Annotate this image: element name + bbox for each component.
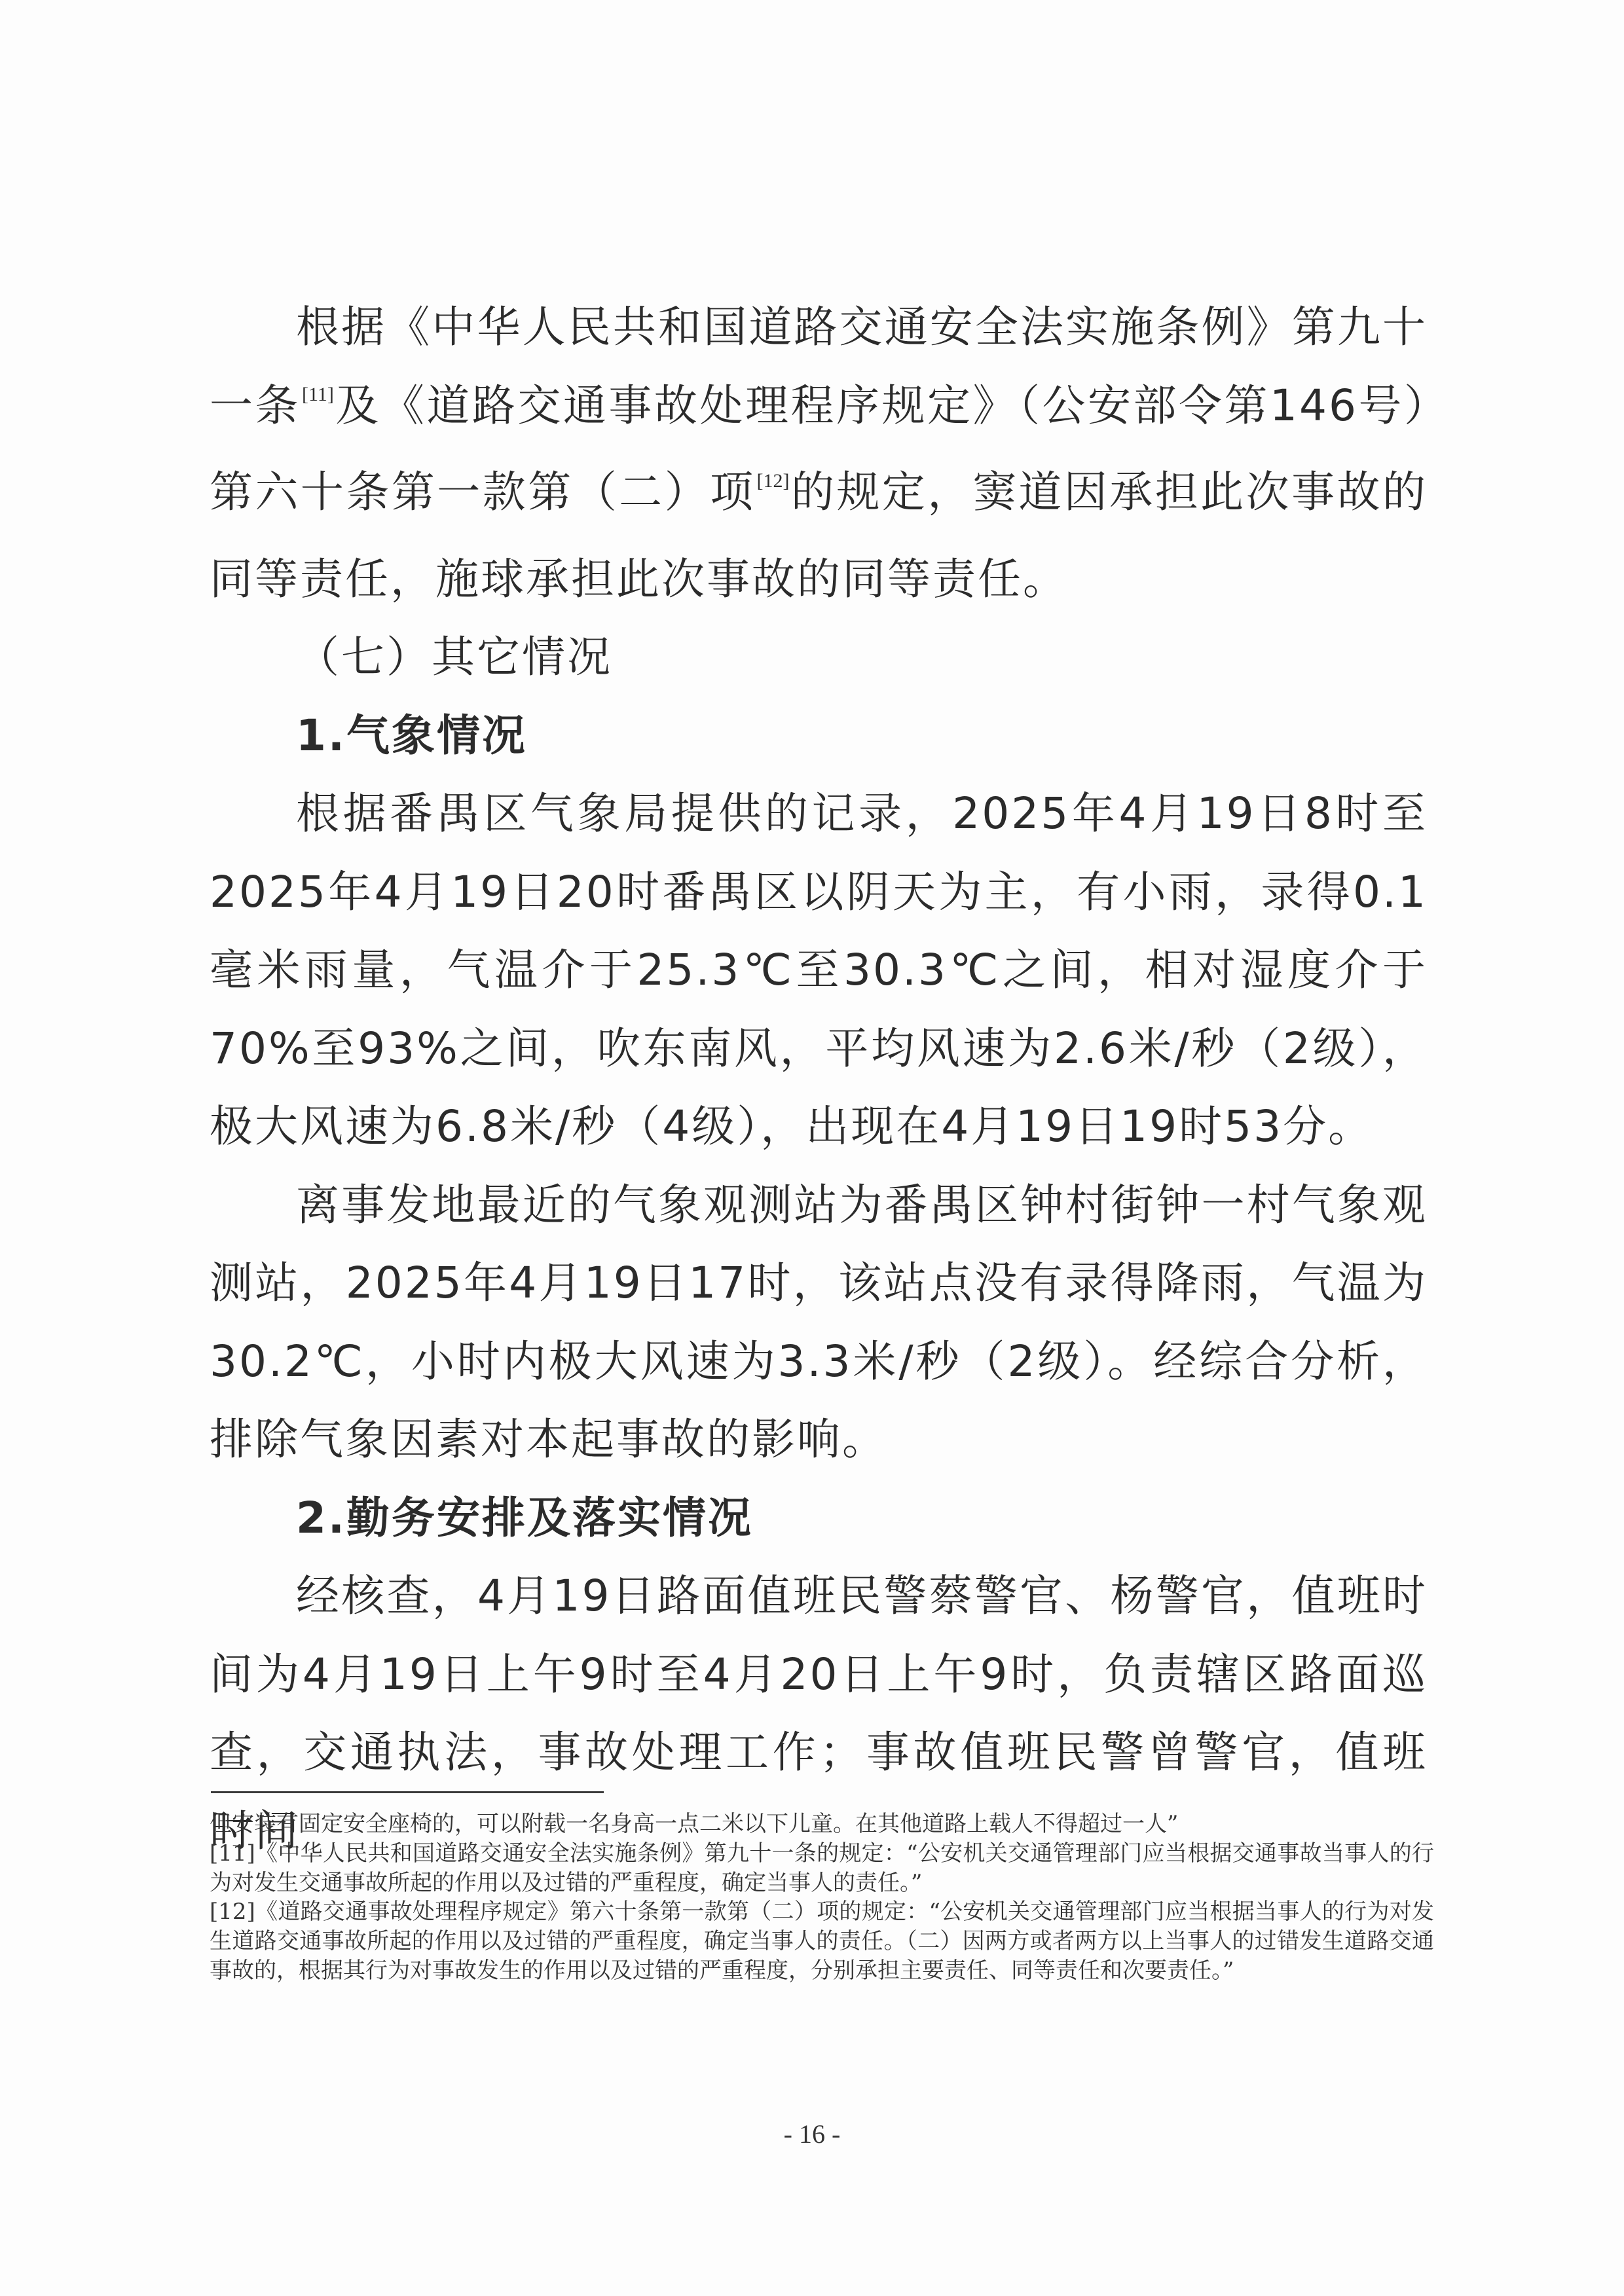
document-page: 根据《中华人民共和国道路交通安全法实施条例》第九十一条[11]及《道路交通事故处… [0,0,1624,2296]
footnote-11: [11]《中华人民共和国道路交通安全法实施条例》第九十一条的规定：“公安机关交通… [210,1839,1434,1898]
paragraph-weather-station: 离事发地最近的气象观测站为番禺区钟村街钟一村气象观测站，2025年4月19日17… [210,1166,1428,1479]
subheading-weather: 1.气象情况 [210,697,1428,775]
page-number: - 16 - [0,2119,1624,2149]
footnote-divider [211,1791,604,1793]
body-text: 根据《中华人民共和国道路交通安全法实施条例》第九十一条[11]及《道路交通事故处… [210,288,1428,1870]
footnote-12: [12]《道路交通事故处理程序规定》第六十条第一款第（二）项的规定：“公安机关交… [210,1897,1434,1985]
section-heading-other: （七）其它情况 [210,618,1428,697]
footnote-ref-11[interactable]: [11] [302,384,334,405]
footnote-continued: 但安装有固定安全座椅的，可以附载一名身高一点二米以下儿童。在其他道路上载人不得超… [210,1810,1434,1839]
footnotes: 但安装有固定安全座椅的，可以附载一名身高一点二米以下儿童。在其他道路上载人不得超… [210,1810,1434,1986]
subheading-duty: 2.勤务安排及落实情况 [210,1479,1428,1558]
paragraph-liability: 根据《中华人民共和国道路交通安全法实施条例》第九十一条[11]及《道路交通事故处… [210,288,1428,618]
footnote-ref-12[interactable]: [12] [757,470,790,492]
paragraph-weather-district: 根据番禺区气象局提供的记录，2025年4月19日8时至2025年4月19日20时… [210,774,1428,1166]
